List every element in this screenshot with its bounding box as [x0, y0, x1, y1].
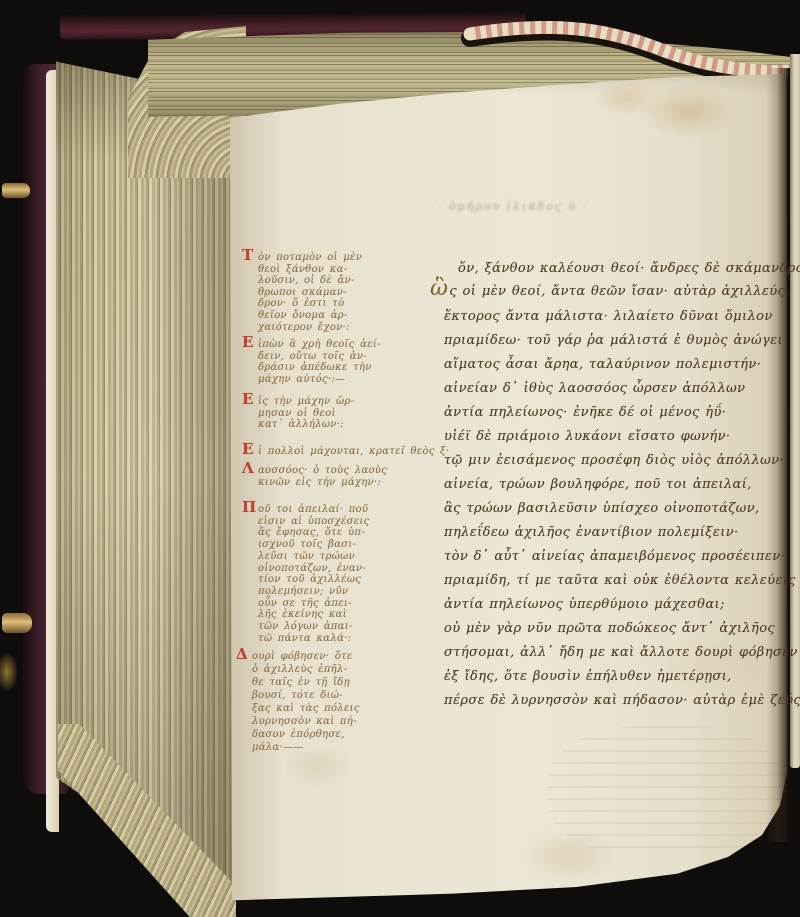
- verse-text: πριαμίδη, τί με ταῦτα καὶ οὐκ ἐθέλοντα κ…: [444, 573, 796, 588]
- verse-line: ὣς οἱ μὲν θεοί, ἄντα θεῶν ἴσαν· αὐτὰρ ἀχ…: [430, 284, 449, 299]
- scholion-lines: οῦ τοι ἀπειλαί· ποῦεἰσιν αἱ ὑποσχέσειςἃς…: [258, 504, 369, 644]
- verse-text: ἀντία πηλείωνος· ἐνῆκε δέ οἱ μένος ἠΰ·: [444, 405, 726, 420]
- scholion-lines: ἰ πολλοὶ μάχονται, κρατεῖ θεὸς ξ·: [258, 446, 449, 458]
- verse-text: πριαμίδεω· τοῦ γάρ ῥα μάλιστά ἑ θυμὸς ἀν…: [444, 333, 783, 348]
- verse-text: πηλεΐδεω ἀχιλῆος ἐναντίβιον πολεμίξειν·: [444, 525, 739, 540]
- verse-text: στήσομαι, ἀλλ᾿ ἤδη με καὶ ἄλλοτε δουρὶ φ…: [444, 645, 798, 660]
- facing-page-edge: [790, 54, 800, 768]
- verse-text: υἱέϊ δὲ πριάμοιο λυκάονι εἴσατο φωνήν·: [444, 429, 730, 444]
- clasp-pin-top-icon: [2, 183, 30, 198]
- rubric-initial: Ε: [242, 394, 254, 406]
- rubric-initial: Ε: [242, 444, 254, 456]
- verse-text: ἕκτορος ἄντα μάλιστα· λιλαίετο δῦναι ὅμι…: [444, 309, 773, 324]
- rubric-initial: Ε: [242, 337, 254, 349]
- scholion-lines: ἰς τὴν μάχην ὥρ-μησαν οἱ θεοὶκατ᾿ ἀλλήλω…: [258, 396, 354, 431]
- verse-text: αἰνεία, τρώων βουληφόρε, ποῦ τοι ἀπειλαί…: [444, 477, 752, 492]
- verse-text: οὐ μὲν γὰρ νῦν πρῶτα ποδώκεος ἄντ᾿ ἀχιλῆ…: [444, 621, 775, 636]
- verse-text: αἵματος ἆσαι ἄρηα, ταλαύρινον πολεμιστήν…: [444, 357, 761, 372]
- enlarged-initial: ὣ: [430, 276, 448, 301]
- scholion-lines: αοσσόος· ὁ τοὺς λαοὺςκινῶν εἰς τὴν μάχην…: [258, 465, 387, 488]
- light-flare: [0, 652, 18, 692]
- scholion-lines: ἰπὼν ἃ χρὴ θεοῖς ἀεί-δειν, οὕτω τοῖς ἀν-…: [258, 339, 381, 385]
- rubric-initial: Λ: [242, 463, 254, 475]
- clasp-pin-bottom-icon: [2, 613, 32, 633]
- verse-text: αἰνείαν δ᾿ ἰθὺς λαοσσόος ὦρσεν ἀπόλλων: [444, 381, 745, 396]
- scholion-lines: ὸν ποταμὸν οἱ μὲνθεοὶ ξάνθον κα-λοῦσιν, …: [258, 252, 362, 333]
- rubric-initial: Π: [242, 502, 256, 514]
- verse-text: ἀντία πηλείωνος ὑπερθύμοιο μάχεσθαι;: [444, 597, 725, 612]
- verse-text: τῷ μιν ἐεισάμενος προσέφη διὸς υἱὸς ἀπόλ…: [444, 453, 784, 468]
- verse-text: πέρσε δὲ λυρνησσὸν καὶ πήδασον· αὐτὰρ ἐμ…: [444, 693, 800, 708]
- manuscript-photo: · ὁμήρου ἰλιάδος ὑ · Τ ὸν ποταμὸν οἱ μὲν…: [0, 0, 800, 917]
- verse-text: ἃς τρώων βασιλεῦσιν ὑπίσχεο οἰνοποτάζων,: [444, 501, 760, 516]
- verse-text: ἐξ ἴδης, ὅτε βουσὶν ἐπήλυθεν ἡμετέρῃσι,: [444, 669, 732, 684]
- scholion-lines: ουρὶ φόβησεν· ὅτεὁ ἀχιλλεὺς ἐπῆλ-θε ταῖς…: [252, 650, 360, 754]
- verse-text: τὸν δ᾿ αὖτ᾿ αἰνείας ἀπαμειβόμενος προσέε…: [444, 549, 785, 564]
- show-through-text: · ὁμήρου ἰλιάδος ὑ ·: [438, 200, 778, 213]
- verso-show-through: [548, 726, 783, 856]
- verse-text: ὅν, ξάνθον καλέουσι θεοί· ἄνδρες δὲ σκάμ…: [458, 261, 800, 276]
- rubric-initial: Δ: [236, 648, 248, 661]
- rubric-initial: Τ: [242, 250, 253, 262]
- verse-text: ς οἱ μὲν θεοί, ἄντα θεῶν ἴσαν· αὐτὰρ ἀχι…: [449, 284, 789, 299]
